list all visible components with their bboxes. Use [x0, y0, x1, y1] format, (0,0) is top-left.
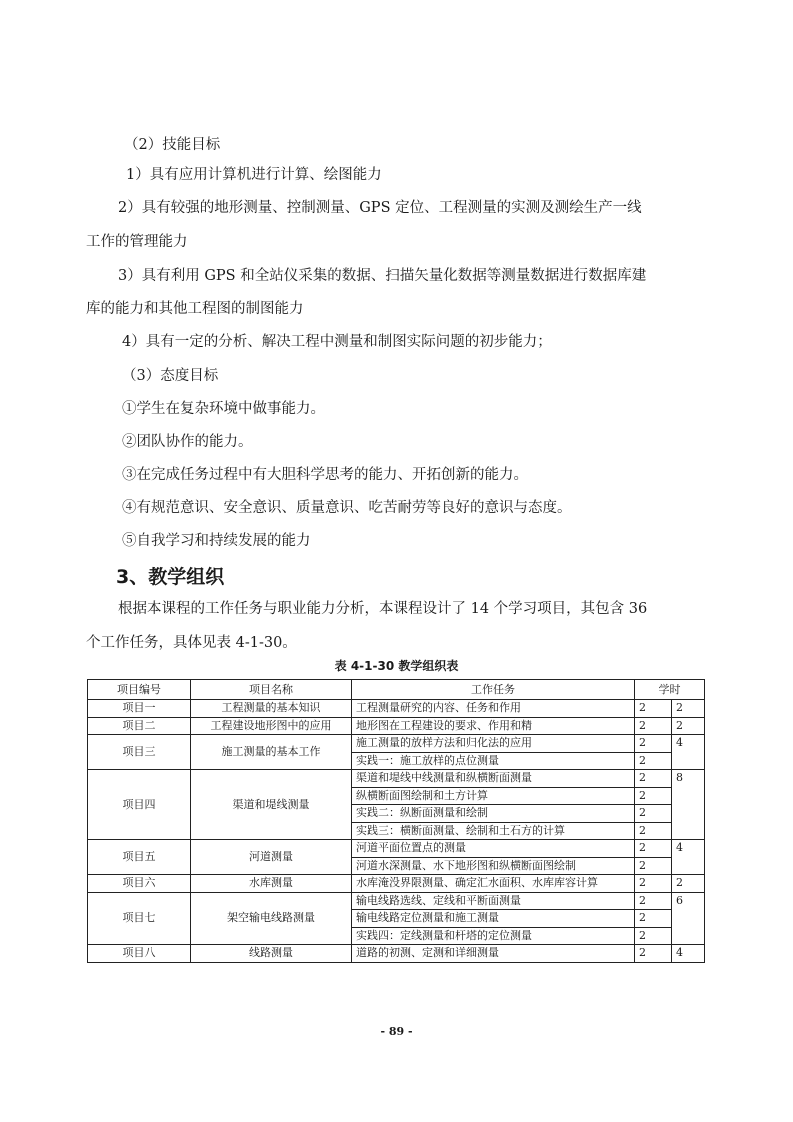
header-hours: 学时	[635, 680, 705, 700]
table-row: 项目二 工程建设地形图中的应用 地形图在工程建设的要求、作用和精 2 2	[88, 717, 705, 735]
subheading-skill-goals: （2）技能目标	[124, 135, 220, 155]
attitude-item-3: ③在完成任务过程中有大胆科学思考的能力、开拓创新的能力。	[122, 465, 528, 485]
project-id: 项目四	[88, 770, 191, 840]
task-cell: 输电线路选线、定线和平断面测量	[352, 892, 635, 910]
paragraph-line-2: 个工作任务，具体见表 4-1-30。	[86, 633, 297, 653]
table-header-row: 项目编号 项目名称 工作任务 学时	[88, 680, 705, 700]
skill-item-2-cont: 工作的管理能力	[86, 232, 188, 252]
task-hours: 2	[635, 892, 672, 910]
task-cell: 地形图在工程建设的要求、作用和精	[352, 717, 635, 735]
project-id: 项目八	[88, 945, 191, 963]
section-heading: 3、教学组织	[116, 562, 224, 589]
project-id: 项目一	[88, 700, 191, 718]
task-hours: 2	[635, 840, 672, 858]
task-hours: 2	[635, 822, 672, 840]
attitude-item-2: ②团队协作的能力。	[122, 432, 253, 452]
task-hours: 2	[635, 910, 672, 928]
project-id: 项目六	[88, 875, 191, 893]
task-hours: 2	[635, 770, 672, 788]
table-row: 项目八 线路测量 道路的初测、定测和详细测量 2 4	[88, 945, 705, 963]
project-name: 水库测量	[191, 875, 352, 893]
attitude-item-5: ⑤自我学习和持续发展的能力	[122, 531, 311, 551]
table-caption: 表 4-1-30 教学组织表	[0, 657, 793, 674]
task-hours: 2	[635, 787, 672, 805]
skill-item-1: 1）具有应用计算机进行计算、绘图能力	[126, 165, 382, 185]
header-project-id: 项目编号	[88, 680, 191, 700]
table-row: 项目五 河道测量 河道平面位置点的测量 2 4	[88, 840, 705, 858]
skill-item-3: 3）具有利用 GPS 和全站仪采集的数据、扫描矢量化数据等测量数据进行数据库建	[118, 266, 646, 286]
task-hours: 2	[635, 945, 672, 963]
table-row: 项目一 工程测量的基本知识 工程测量研究的内容、任务和作用 2 2	[88, 700, 705, 718]
project-total-hours: 2	[672, 717, 705, 735]
project-total-hours: 2	[672, 700, 705, 718]
task-cell: 实践二：纵断面测量和绘制	[352, 805, 635, 823]
table-row: 项目四 渠道和堤线测量 渠道和堤线中线测量和纵横断面测量 2 8	[88, 770, 705, 788]
project-total-hours: 8	[672, 770, 705, 840]
project-name: 施工测量的基本工作	[191, 735, 352, 770]
task-hours: 2	[635, 700, 672, 718]
task-cell: 输电线路定位测量和施工测量	[352, 910, 635, 928]
project-total-hours: 4	[672, 735, 705, 770]
project-name: 工程建设地形图中的应用	[191, 717, 352, 735]
task-cell: 道路的初测、定测和详细测量	[352, 945, 635, 963]
task-hours: 2	[635, 805, 672, 823]
task-cell: 实践四：定线测量和杆塔的定位测量	[352, 927, 635, 945]
task-cell: 实践一：施工放样的点位测量	[352, 752, 635, 770]
task-cell: 施工测量的放样方法和归化法的应用	[352, 735, 635, 753]
teaching-organization-table: 项目编号 项目名称 工作任务 学时 项目一 工程测量的基本知识 工程测量研究的内…	[87, 679, 705, 963]
header-work-task: 工作任务	[352, 680, 635, 700]
attitude-item-4: ④有规范意识、安全意识、质量意识、吃苦耐劳等良好的意识与态度。	[122, 498, 572, 518]
paragraph-line-1: 根据本课程的工作任务与职业能力分析，本课程设计了 14 个学习项目，其包含 36	[118, 599, 647, 619]
task-hours: 2	[635, 875, 672, 893]
table-row: 项目三 施工测量的基本工作 施工测量的放样方法和归化法的应用 2 4	[88, 735, 705, 753]
table-row: 项目六 水库测量 水库淹没界限测量、确定汇水面积、水库库容计算 2 2	[88, 875, 705, 893]
project-name: 架空输电线路测量	[191, 892, 352, 945]
task-hours: 2	[635, 735, 672, 753]
project-id: 项目三	[88, 735, 191, 770]
skill-item-2: 2）具有较强的地形测量、控制测量、GPS 定位、工程测量的实测及测绘生产一线	[118, 198, 642, 218]
project-name: 工程测量的基本知识	[191, 700, 352, 718]
project-total-hours: 6	[672, 892, 705, 945]
task-cell: 河道平面位置点的测量	[352, 840, 635, 858]
project-id: 项目二	[88, 717, 191, 735]
table-row: 项目七 架空输电线路测量 输电线路选线、定线和平断面测量 2 6	[88, 892, 705, 910]
project-name: 河道测量	[191, 840, 352, 875]
subheading-attitude-goals: （3）态度目标	[122, 366, 218, 386]
page-number: - 89 -	[0, 1025, 793, 1038]
task-cell: 渠道和堤线中线测量和纵横断面测量	[352, 770, 635, 788]
task-cell: 纵横断面图绘制和土方计算	[352, 787, 635, 805]
task-hours: 2	[635, 927, 672, 945]
task-hours: 2	[635, 857, 672, 875]
project-id: 项目五	[88, 840, 191, 875]
project-total-hours: 4	[672, 945, 705, 963]
project-total-hours: 2	[672, 875, 705, 893]
project-id: 项目七	[88, 892, 191, 945]
attitude-item-1: ①学生在复杂环境中做事能力。	[122, 399, 325, 419]
task-cell: 水库淹没界限测量、确定汇水面积、水库库容计算	[352, 875, 635, 893]
skill-item-4: 4）具有一定的分析、解决工程中测量和制图实际问题的初步能力；	[122, 332, 552, 352]
task-cell: 工程测量研究的内容、任务和作用	[352, 700, 635, 718]
project-total-hours: 4	[672, 840, 705, 875]
task-hours: 2	[635, 717, 672, 735]
project-name: 线路测量	[191, 945, 352, 963]
task-hours: 2	[635, 752, 672, 770]
project-name: 渠道和堤线测量	[191, 770, 352, 840]
task-cell: 实践三：横断面测量、绘制和土石方的计算	[352, 822, 635, 840]
task-cell: 河道水深测量、水下地形图和纵横断面图绘制	[352, 857, 635, 875]
header-project-name: 项目名称	[191, 680, 352, 700]
skill-item-3-cont: 库的能力和其他工程图的制图能力	[86, 299, 304, 319]
